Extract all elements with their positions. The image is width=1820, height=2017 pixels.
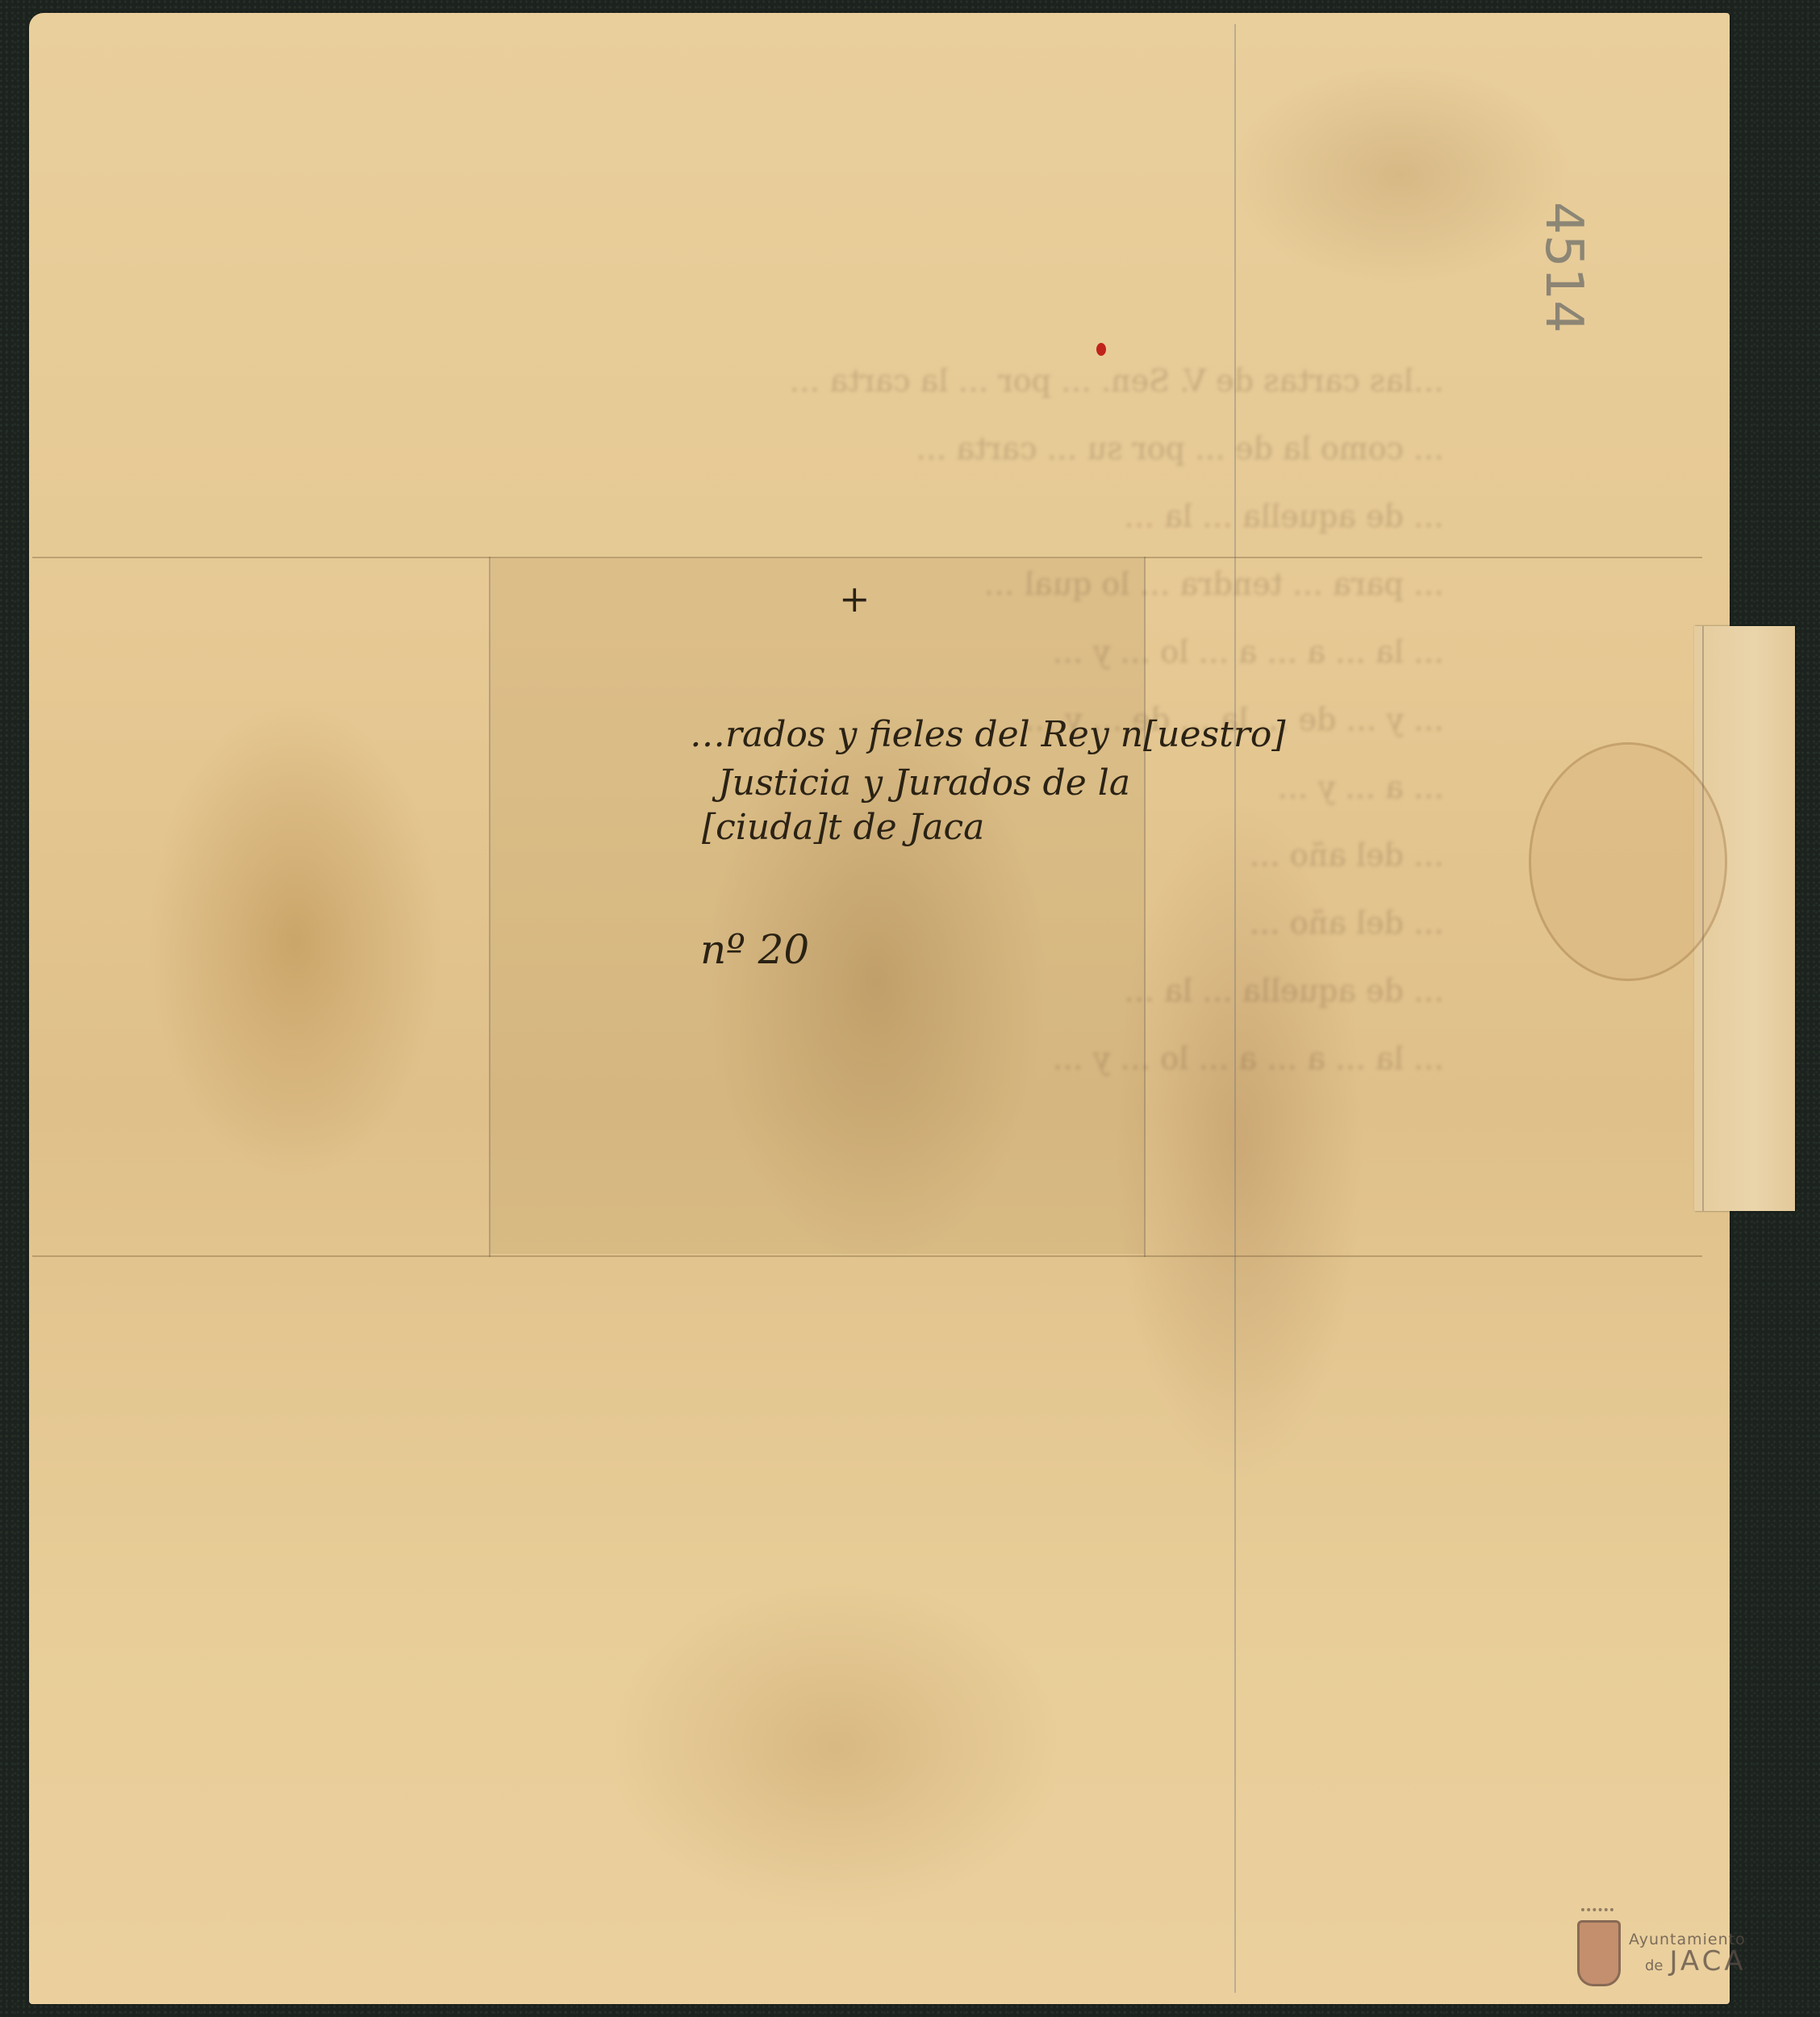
bleed-line: … como la de … por su … carta … [234,415,1444,482]
ayuntamiento-jaca-watermark: Ayuntamiento deJACA [1577,1920,1747,1986]
bleed-line: … la … a … a … lo … y … [234,1025,1444,1092]
address-line-1: …rados y fieles del Rey n[uestro] [690,714,1286,755]
watermark-line-2: JACA [1670,1945,1747,1977]
wax-seal-imprint [1529,742,1727,981]
archive-number: nº 20 [700,926,809,973]
bleed-line: … del año … [234,889,1444,957]
coat-of-arms-icon [1577,1920,1621,1986]
bleed-line: … de aquella … la … [234,957,1444,1025]
bleed-line: …las cartas de V. Sen. … por … la carta … [234,347,1444,415]
bleed-line: … la … a … a … lo … y … [234,618,1444,686]
bleed-line: … de aquella … la … [234,482,1444,550]
cross-mark: + [839,577,870,620]
address-line-3: [ciuda]t de Jaca [702,807,984,848]
pencil-catalog-number: 4514 [1534,202,1593,333]
fold-line-lower [32,1255,1702,1257]
watermark-prefix: de [1645,1957,1663,1974]
red-ink-mark [1096,343,1106,356]
fold-line-flap [1702,626,1704,1211]
address-line-2: Justicia y Jurados de la [718,762,1130,804]
